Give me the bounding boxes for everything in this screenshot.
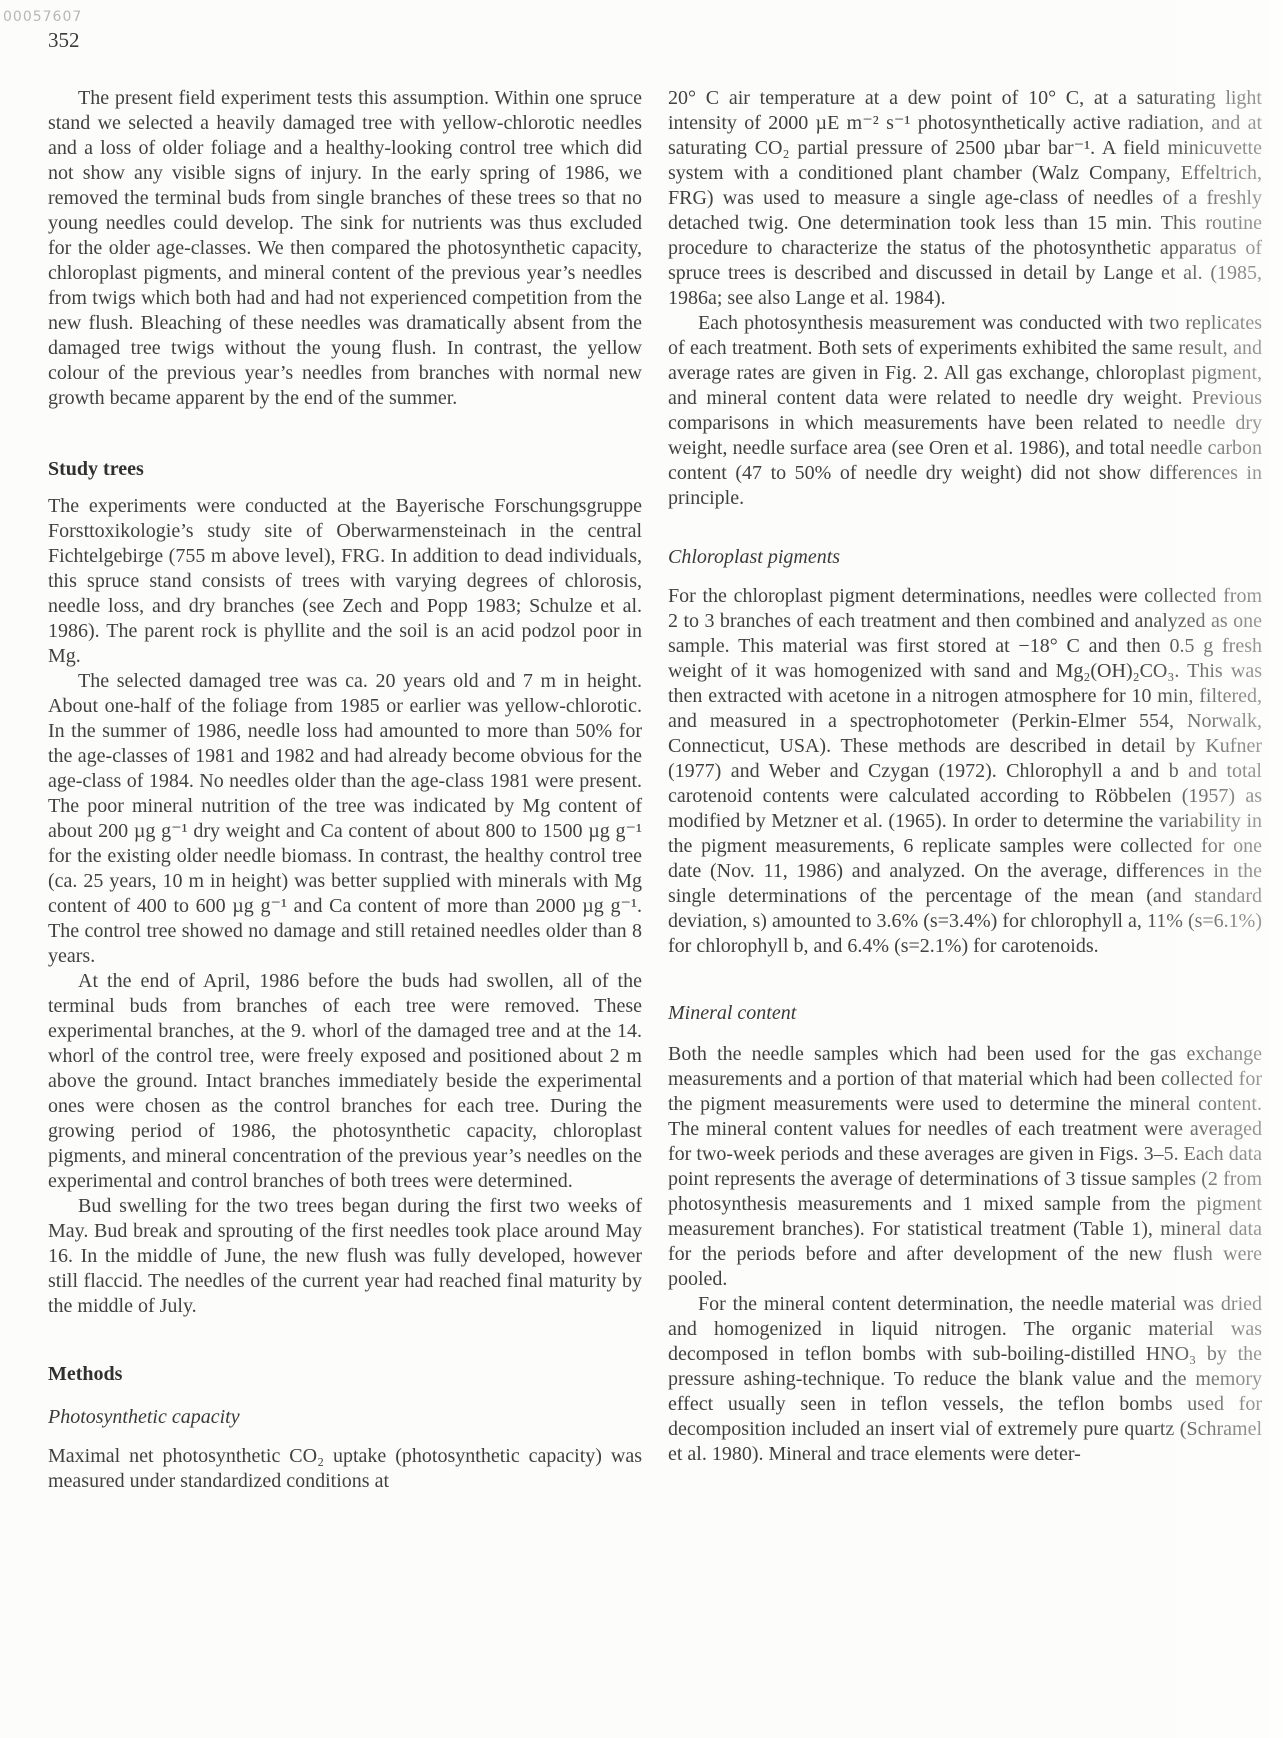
- subsection-heading-mineral-content: Mineral content: [668, 1001, 1262, 1026]
- paragraph-mineral-determination: For the mineral content determination, t…: [668, 1292, 1262, 1467]
- subsection-heading-photosynthetic-capacity: Photosynthetic capacity: [48, 1405, 642, 1430]
- paragraph-intro: The present field experiment tests this …: [48, 86, 642, 411]
- section-heading-methods: Methods: [48, 1362, 642, 1387]
- scan-watermark: 00057607: [3, 9, 82, 25]
- paragraph-study-site: The experiments were conducted at the Ba…: [48, 494, 642, 669]
- paragraph-pigment-determinations: For the chloroplast pigment determinatio…: [668, 584, 1262, 959]
- section-heading-study-trees: Study trees: [48, 457, 642, 482]
- paragraph-replicates: Each photosynthesis measurement was cond…: [668, 311, 1262, 511]
- paragraph-damaged-tree: The selected damaged tree was ca. 20 yea…: [48, 669, 642, 969]
- scanned-paper-page: 00057607 352 The present field experimen…: [0, 0, 1283, 1738]
- left-column: The present field experiment tests this …: [48, 86, 642, 1494]
- paragraph-measurement-conditions: 20° C air temperature at a dew point of …: [668, 86, 1262, 311]
- right-column: 20° C air temperature at a dew point of …: [668, 86, 1262, 1494]
- paragraph-bud-swelling: Bud swelling for the two trees began dur…: [48, 1194, 642, 1319]
- subsection-heading-chloroplast-pigments: Chloroplast pigments: [668, 545, 1262, 570]
- page-number: 352: [48, 28, 80, 53]
- paragraph-mineral-samples: Both the needle samples which had been u…: [668, 1042, 1262, 1292]
- paragraph-bud-removal: At the end of April, 1986 before the bud…: [48, 969, 642, 1194]
- text-columns: The present field experiment tests this …: [48, 86, 1262, 1494]
- paragraph-photosynthetic-capacity: Maximal net photosynthetic CO₂ uptake (p…: [48, 1444, 642, 1494]
